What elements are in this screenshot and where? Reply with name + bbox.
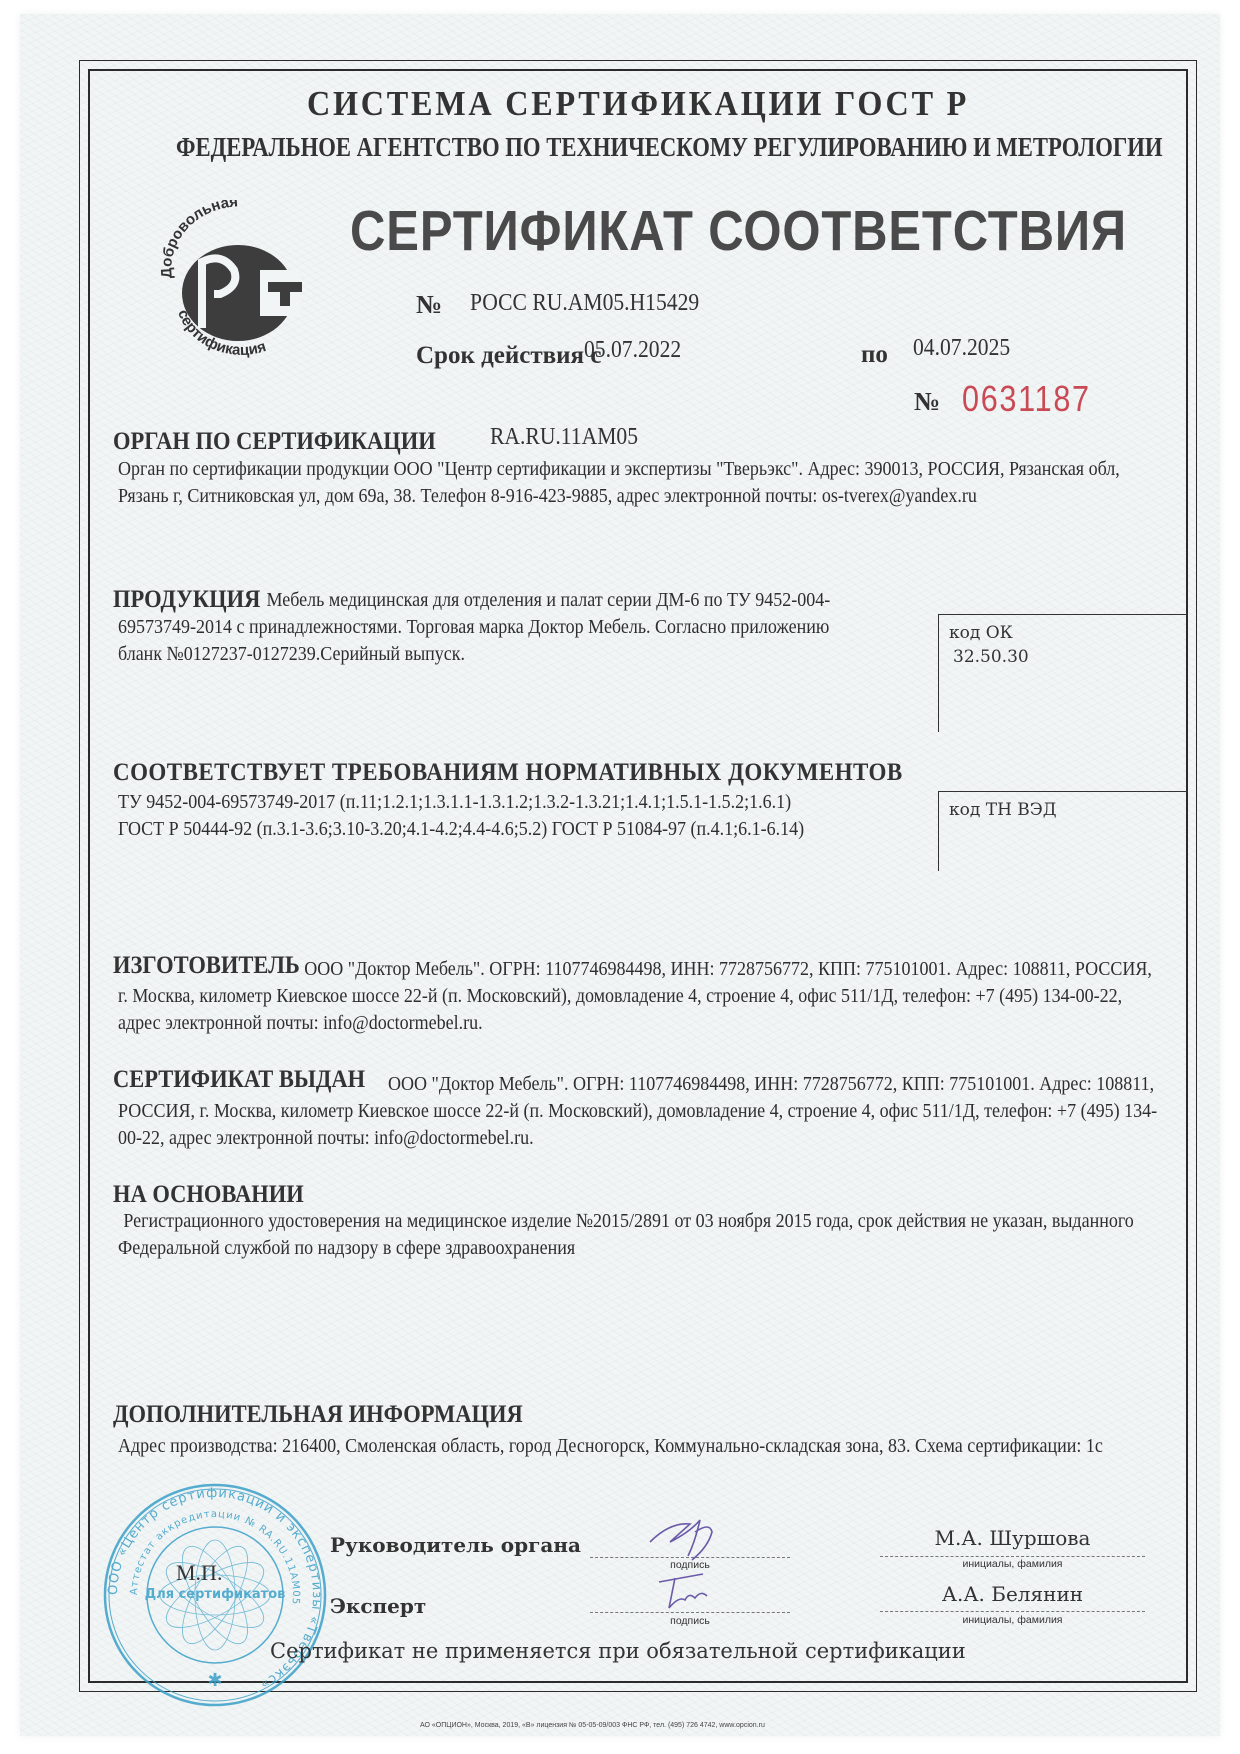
- serial-number: 0631187: [962, 378, 1091, 420]
- certification-body-text: Орган по сертификации продукции ООО "Цен…: [118, 456, 1131, 510]
- voluntary-note: Сертификат не применяется при обязательн…: [270, 1639, 966, 1663]
- serial-number-label: №: [914, 387, 940, 417]
- head-signature-icon: [640, 1512, 730, 1562]
- head-of-body-label: Руководитель органа: [330, 1533, 581, 1557]
- certificate-number: РОСС RU.АМ05.Н15429: [470, 290, 699, 317]
- ok-code-box: код ОК 32.50.30: [938, 614, 1188, 732]
- svg-text:Для сертификатов: Для сертификатов: [145, 1587, 286, 1602]
- ok-code-value: 32.50.30: [953, 647, 1188, 667]
- basis-heading: НА ОСНОВАНИИ: [113, 1181, 304, 1209]
- stamp-place-label: М.П.: [176, 1560, 222, 1586]
- certification-body-heading: ОРГАН ПО СЕРТИФИКАЦИИ: [113, 428, 436, 456]
- organization-stamp-icon: ООО «Центр сертификации и экспертизы «Тв…: [100, 1480, 330, 1710]
- tnved-code-label: код ТН ВЭД: [949, 800, 1188, 820]
- expert-signature-icon: [645, 1570, 725, 1614]
- head-name-line: [880, 1556, 1145, 1557]
- tnved-code-box: код ТН ВЭД: [938, 791, 1188, 871]
- agency-name: ФЕДЕРАЛЬНОЕ АГЕНТСТВО ПО ТЕХНИЧЕСКОМУ РЕ…: [176, 132, 1100, 163]
- certificate-number-label: №: [416, 290, 442, 320]
- rst-logo-icon: Добровольная сертификация: [160, 200, 320, 370]
- validity-label: Срок действия с: [416, 342, 601, 370]
- expert-label: Эксперт: [330, 1594, 426, 1618]
- valid-to-label: по: [861, 341, 888, 369]
- svg-text:✱: ✱: [207, 1670, 222, 1690]
- valid-to-date: 04.07.2025: [913, 335, 1010, 362]
- certificate-title: СЕРТИФИКАТ СООТВЕТСТВИЯ: [350, 198, 1127, 264]
- head-name: М.А. Шуршова: [880, 1526, 1145, 1550]
- valid-from-date: 05.07.2022: [584, 337, 681, 364]
- compliance-line-2: ГОСТ Р 50444-92 (п.3.1-3.6;3.10-3.20;4.1…: [118, 816, 804, 843]
- issued-to-text: ООО "Доктор Мебель". ОГРН: 1107746984498…: [118, 1071, 1162, 1152]
- compliance-line-1: ТУ 9452-004-69573749-2017 (п.11;1.2.1;1.…: [118, 789, 791, 816]
- head-name-caption: инициалы, фамилия: [880, 1558, 1145, 1570]
- ok-code-label: код ОК: [949, 623, 1188, 643]
- basis-text: Регистрационного удостоверения на медици…: [118, 1208, 1162, 1262]
- additional-info-text: Адрес производства: 216400, Смоленская о…: [118, 1432, 1162, 1460]
- printer-imprint: АО «ОПЦИОН», Москва, 2019, «В» лицензия …: [420, 1722, 765, 1729]
- expert-signature-caption: подпись: [590, 1615, 790, 1627]
- system-title: СИСТЕМА СЕРТИФИКАЦИИ ГОСТ Р: [132, 84, 1144, 124]
- expert-name: А.А. Белянин: [880, 1582, 1145, 1606]
- manufacturer-text: ООО "Доктор Мебель". ОГРН: 1107746984498…: [118, 956, 1162, 1037]
- compliance-heading: СООТВЕТСТВУЕТ ТРЕБОВАНИЯМ НОРМАТИВНЫХ ДО…: [113, 759, 903, 787]
- additional-info-heading: ДОПОЛНИТЕЛЬНАЯ ИНФОРМАЦИЯ: [113, 1401, 523, 1429]
- expert-name-caption: инициалы, фамилия: [880, 1614, 1145, 1626]
- product-text: Мебель медицинская для отделения и палат…: [118, 587, 856, 668]
- expert-name-line: [880, 1611, 1145, 1612]
- certification-body-code: RA.RU.11АМ05: [490, 424, 638, 451]
